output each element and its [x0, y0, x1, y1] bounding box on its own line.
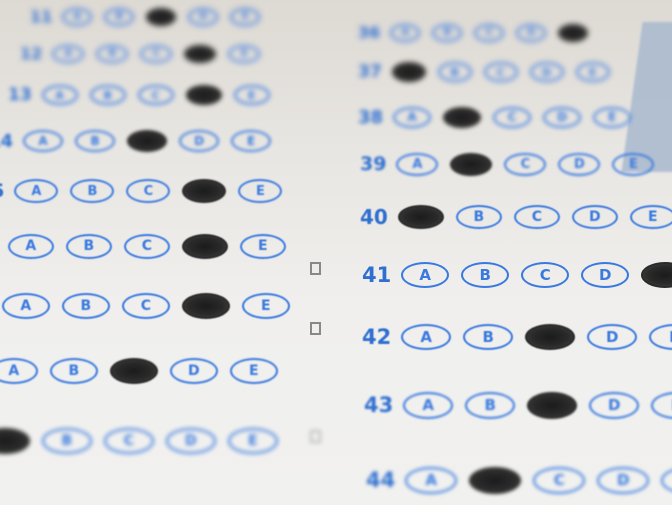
filled-bubble[interactable]: A — [398, 205, 444, 229]
question-row: 12ABCDE — [20, 44, 272, 63]
question-row: 40ABCDE — [360, 205, 672, 229]
answer-bubble[interactable]: C — [504, 153, 546, 176]
question-number: 41 — [362, 263, 391, 287]
question-number: 12 — [20, 44, 42, 63]
answer-bubble[interactable]: C — [126, 179, 170, 203]
sheet-edge-panel — [621, 22, 672, 172]
answer-bubble[interactable]: D — [589, 392, 639, 419]
answer-bubble[interactable]: C — [138, 85, 174, 105]
filled-bubble[interactable]: C — [127, 130, 167, 152]
filled-bubble[interactable]: C — [146, 8, 176, 26]
answer-bubble[interactable]: D — [179, 130, 219, 152]
answer-bubble[interactable]: E — [238, 179, 282, 203]
answer-bubble[interactable]: A — [62, 8, 92, 26]
answer-bubble[interactable]: B — [62, 293, 110, 319]
question-row: 15ABCDE — [0, 179, 294, 203]
answer-bubble[interactable]: B — [70, 179, 114, 203]
question-row: 13ABCDE — [8, 85, 282, 105]
answer-bubble[interactable]: A — [401, 262, 449, 288]
answer-bubble[interactable]: D — [597, 467, 649, 494]
question-row: 17ABCDE — [0, 293, 302, 319]
timing-mark — [310, 430, 321, 443]
answer-bubble[interactable]: A — [405, 467, 457, 494]
answer-bubble[interactable]: B — [90, 85, 126, 105]
question-number: 38 — [358, 107, 383, 128]
answer-bubble[interactable]: E — [651, 392, 672, 419]
filled-bubble[interactable]: D — [182, 293, 230, 319]
filled-bubble[interactable]: A — [392, 62, 426, 82]
bottom-border — [0, 505, 672, 510]
question-number: 43 — [364, 393, 393, 417]
answer-bubble[interactable]: A — [396, 153, 438, 176]
answer-bubble[interactable]: C — [104, 428, 154, 454]
answer-bubble[interactable]: D — [530, 62, 564, 82]
question-number: 36 — [358, 23, 380, 42]
answer-sheet-photo: 11ABCDE12ABCDE13ABCDE14ABCDE15ABCDE16ABC… — [0, 0, 672, 505]
answer-bubble[interactable]: E — [231, 130, 271, 152]
answer-bubble[interactable]: A — [390, 24, 420, 42]
answer-bubble[interactable]: C — [521, 262, 569, 288]
timing-mark — [310, 322, 321, 335]
question-row: 14ABCDE — [0, 130, 283, 152]
filled-bubble[interactable]: D — [186, 85, 222, 105]
answer-bubble[interactable]: B — [461, 262, 509, 288]
filled-bubble[interactable]: D — [182, 179, 226, 203]
answer-bubble[interactable]: C — [124, 234, 170, 259]
answer-bubble[interactable]: C — [122, 293, 170, 319]
answer-bubble[interactable]: D — [587, 324, 637, 350]
answer-bubble[interactable]: C — [514, 205, 560, 229]
filled-bubble[interactable]: D — [182, 234, 228, 259]
question-number: 42 — [362, 325, 391, 349]
question-number: 11 — [30, 7, 52, 26]
answer-bubble[interactable]: D — [558, 153, 600, 176]
answer-bubble[interactable]: A — [42, 85, 78, 105]
answer-bubble[interactable]: C — [140, 45, 172, 63]
answer-bubble[interactable]: A — [401, 324, 451, 350]
question-number: 37 — [358, 62, 382, 82]
answer-bubble[interactable]: E — [630, 205, 672, 229]
answer-bubble[interactable]: E — [661, 467, 672, 494]
filled-bubble[interactable]: E — [641, 262, 672, 288]
question-row: 36ABCDE — [358, 23, 600, 42]
answer-bubble[interactable]: E — [593, 107, 631, 128]
filled-bubble[interactable]: B — [469, 467, 521, 494]
answer-bubble[interactable]: C — [493, 107, 531, 128]
question-row: 39ABCDE — [360, 153, 666, 176]
answer-bubble[interactable]: A — [14, 179, 58, 203]
filled-bubble[interactable]: B — [443, 107, 481, 128]
filled-bubble[interactable]: B — [450, 153, 492, 176]
answer-bubble[interactable]: A — [2, 293, 50, 319]
answer-bubble[interactable]: A — [23, 130, 63, 152]
question-number: 13 — [8, 85, 32, 105]
answer-bubble[interactable]: E — [612, 153, 654, 176]
question-row: 42ABCDE — [362, 324, 672, 350]
answer-bubble[interactable]: D — [188, 8, 218, 26]
question-number: 40 — [360, 205, 388, 229]
question-row: 11ABCDE — [30, 7, 272, 26]
answer-bubble[interactable]: E — [228, 428, 278, 454]
filled-bubble[interactable]: C — [110, 358, 158, 384]
question-row: 18ABCDE — [0, 358, 290, 384]
answer-bubble[interactable]: D — [166, 428, 216, 454]
filled-bubble[interactable]: C — [525, 324, 575, 350]
answer-bubble[interactable]: A — [8, 234, 54, 259]
answer-bubble[interactable]: B — [42, 428, 92, 454]
answer-bubble[interactable]: E — [230, 358, 278, 384]
question-number: 39 — [360, 153, 386, 175]
answer-bubble[interactable]: C — [474, 24, 504, 42]
question-row: 41ABCDE — [362, 262, 672, 288]
answer-bubble[interactable]: D — [543, 107, 581, 128]
answer-bubble[interactable]: A — [403, 392, 453, 419]
question-number: 14 — [0, 131, 13, 152]
answer-bubble[interactable]: E — [242, 293, 290, 319]
filled-bubble[interactable]: D — [184, 45, 216, 63]
filled-bubble[interactable]: A — [0, 428, 30, 454]
question-row: 37ABCDE — [358, 62, 622, 82]
answer-bubble[interactable]: B — [50, 358, 98, 384]
answer-bubble[interactable]: D — [170, 358, 218, 384]
answer-bubble[interactable]: B — [96, 45, 128, 63]
answer-bubble[interactable]: B — [465, 392, 515, 419]
answer-bubble[interactable]: B — [438, 62, 472, 82]
answer-bubble[interactable]: E — [230, 8, 260, 26]
question-number: 44 — [366, 468, 395, 492]
question-row: 38ABCDE — [358, 107, 643, 128]
answer-bubble[interactable]: A — [393, 107, 431, 128]
answer-bubble[interactable]: B — [66, 234, 112, 259]
answer-bubble[interactable]: E — [576, 62, 610, 82]
question-row: 43ABCDE — [364, 392, 672, 419]
answer-bubble[interactable]: C — [484, 62, 518, 82]
answer-bubble[interactable]: B — [456, 205, 502, 229]
answer-bubble[interactable]: A — [0, 358, 38, 384]
question-number: 15 — [0, 180, 4, 202]
answer-bubble[interactable]: B — [104, 8, 134, 26]
answer-bubble[interactable]: C — [533, 467, 585, 494]
answer-bubble[interactable]: D — [581, 262, 629, 288]
answer-bubble[interactable]: E — [228, 45, 260, 63]
answer-bubble[interactable]: E — [234, 85, 270, 105]
filled-bubble[interactable]: C — [527, 392, 577, 419]
answer-bubble[interactable]: A — [52, 45, 84, 63]
answer-bubble[interactable]: B — [463, 324, 513, 350]
answer-bubble[interactable]: B — [75, 130, 115, 152]
answer-bubble[interactable]: D — [572, 205, 618, 229]
answer-bubble[interactable]: E — [240, 234, 286, 259]
question-row: 16ABCDE — [0, 234, 298, 259]
question-row: 44ABCDE — [366, 467, 672, 494]
timing-mark — [310, 262, 321, 275]
answer-bubble[interactable]: B — [432, 24, 462, 42]
answer-bubble[interactable]: D — [516, 24, 546, 42]
filled-bubble[interactable]: E — [558, 24, 588, 42]
answer-bubble[interactable]: E — [649, 324, 672, 350]
question-row: 19ABCDE — [0, 428, 290, 454]
